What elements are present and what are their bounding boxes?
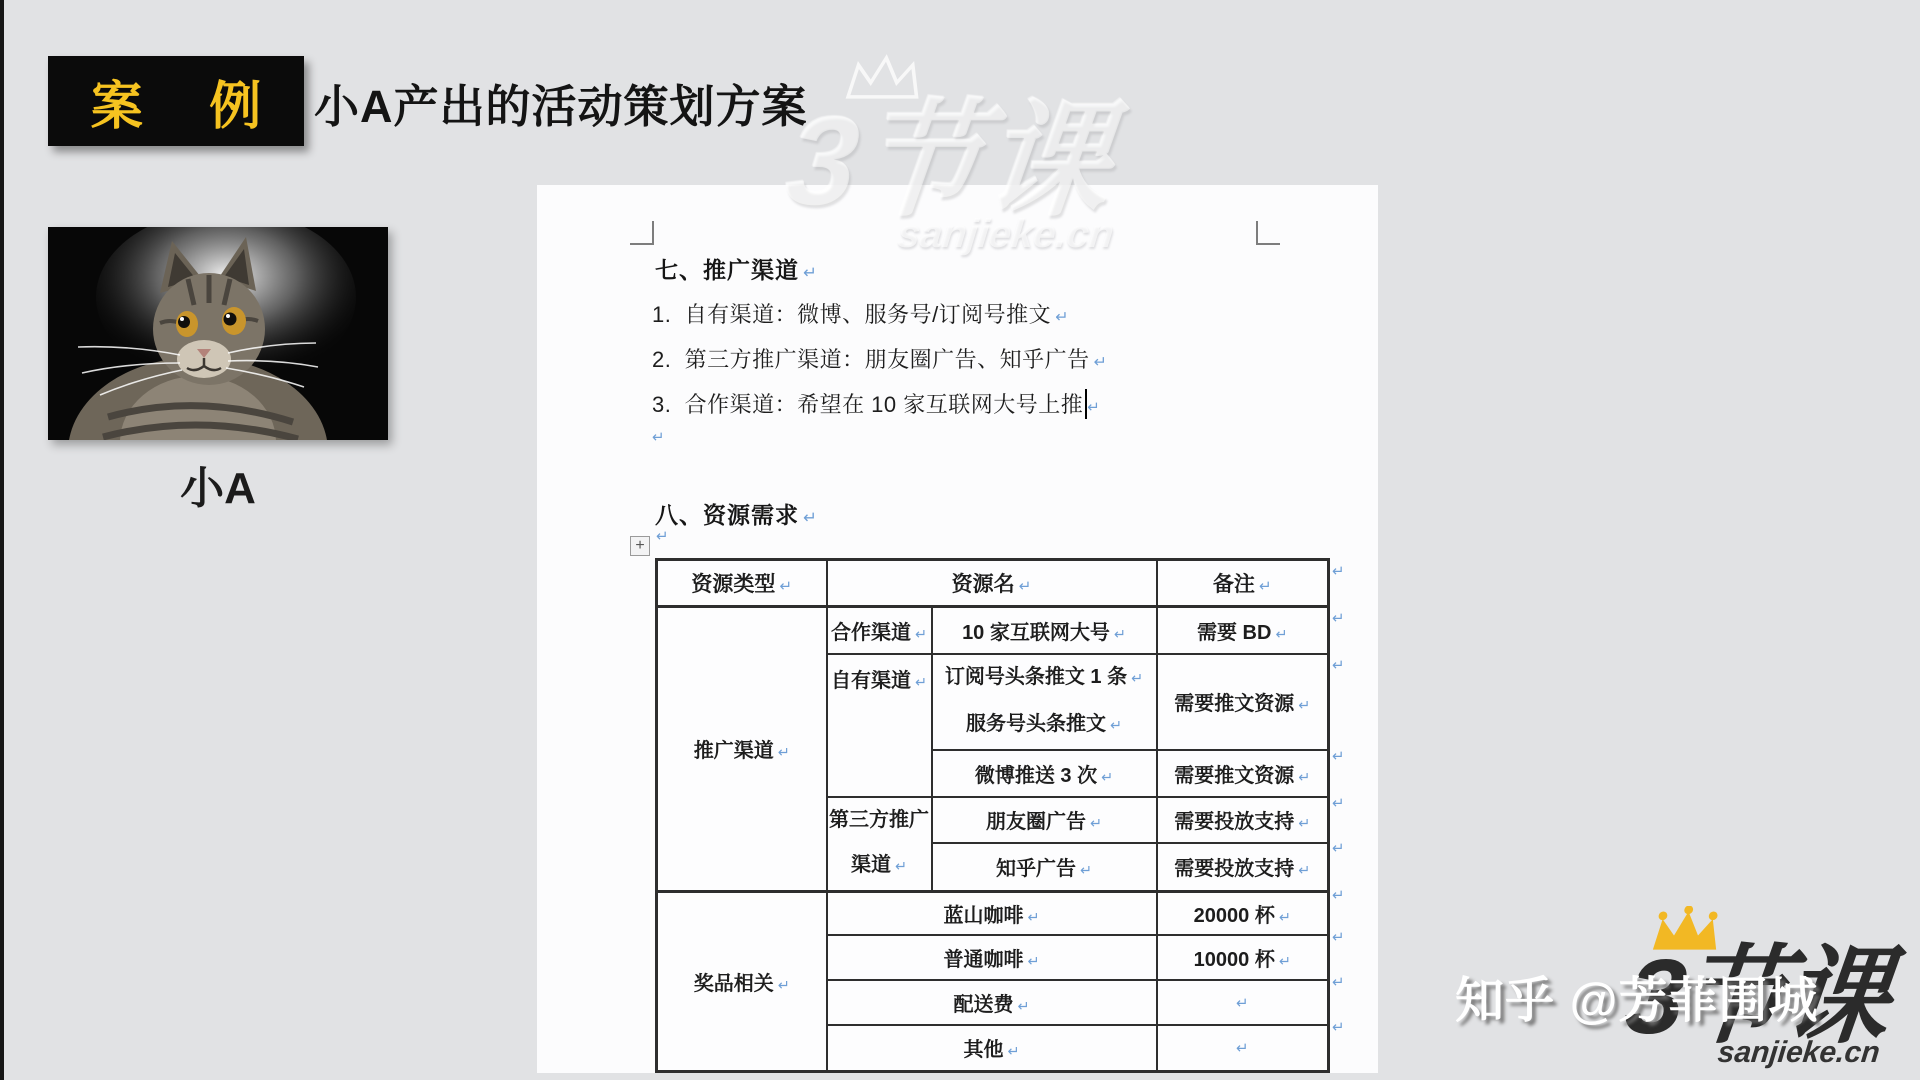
cell-group-prize[interactable]: 奖品相关 bbox=[657, 891, 827, 1071]
empty-paragraph-mark bbox=[652, 428, 665, 446]
doc-heading-promo-channels[interactable]: 七、推广渠道 bbox=[655, 252, 818, 285]
cell-note-delivery-empty[interactable] bbox=[1157, 980, 1329, 1025]
resource-table: 资源类型 资源名 备注 推广渠道 合作渠道 10 家互联网大号 需要 BD 自有… bbox=[655, 558, 1330, 1073]
cell-note-ads-2[interactable]: 需要投放支持 bbox=[1157, 843, 1329, 891]
text-boundary-mark-top-right bbox=[1256, 221, 1280, 245]
case-badge-label: 案 例 bbox=[65, 64, 287, 139]
cell-note-blue-coffee[interactable]: 20000 杯 bbox=[1157, 891, 1329, 935]
cell-subtype-coop[interactable]: 合作渠道 bbox=[827, 607, 932, 654]
doc-list-item-coop[interactable]: 3. 合作渠道：希望在 10 家互联网大号上推 bbox=[652, 388, 1100, 419]
slide-title: 小A产出的活动策划方案 bbox=[314, 70, 808, 135]
case-badge: 案 例 bbox=[48, 56, 304, 146]
cell-name-own-tweets[interactable]: 订阅号头条推文 1 条 服务号头条推文 bbox=[932, 654, 1157, 750]
left-edge-strip bbox=[0, 0, 4, 1080]
cell-name-normal-coffee[interactable]: 普通咖啡 bbox=[827, 935, 1157, 980]
table-row: 推广渠道 合作渠道 10 家互联网大号 需要 BD bbox=[657, 607, 1329, 654]
cat-illustration bbox=[48, 227, 388, 440]
header-resource-type[interactable]: 资源类型 bbox=[657, 560, 827, 607]
zhihu-credit-watermark: 知乎 @芳菲围城 bbox=[1455, 962, 1818, 1032]
cell-note-other-empty[interactable] bbox=[1157, 1025, 1329, 1071]
cell-note-bd[interactable]: 需要 BD bbox=[1157, 607, 1329, 654]
cell-mark bbox=[1236, 991, 1249, 1013]
cell-name-weibo[interactable]: 微博推送 3 次 bbox=[932, 750, 1157, 797]
cell-name-blue-coffee[interactable]: 蓝山咖啡 bbox=[827, 891, 1157, 935]
doc-list-item-coop-text[interactable]: 3. 合作渠道：希望在 10 家互联网大号上推 bbox=[652, 392, 1083, 417]
header-note[interactable]: 备注 bbox=[1157, 560, 1329, 607]
table-header-row: 资源类型 资源名 备注 bbox=[657, 560, 1329, 607]
cell-name-zhihu-ads[interactable]: 知乎广告 bbox=[932, 843, 1157, 891]
cell-name-moments-ads[interactable]: 朋友圈广告 bbox=[932, 797, 1157, 844]
cell-subtype-own[interactable]: 自有渠道 bbox=[827, 654, 932, 797]
crown-icon bbox=[1645, 906, 1728, 954]
table-anchor-paragraph-mark bbox=[656, 527, 669, 545]
doc-list-item-third-party[interactable]: 2. 第三方推广渠道：朋友圈广告、知乎广告 bbox=[652, 343, 1107, 374]
text-boundary-mark-top-left bbox=[630, 221, 654, 245]
cell-group-promo[interactable]: 推广渠道 bbox=[657, 607, 827, 892]
cell-note-tweet-res-2[interactable]: 需要推文资源 bbox=[1157, 750, 1329, 797]
paragraph-mark bbox=[1087, 392, 1100, 417]
cell-note-tweet-res-1[interactable]: 需要推文资源 bbox=[1157, 654, 1329, 750]
cell-note-normal-coffee[interactable]: 10000 杯 bbox=[1157, 935, 1329, 980]
doc-list-item-own-channels[interactable]: 1. 自有渠道：微博、服务号/订阅号推文 bbox=[652, 298, 1069, 329]
cell-mark bbox=[1236, 1036, 1249, 1058]
cell-name-other[interactable]: 其他 bbox=[827, 1025, 1157, 1071]
table-row: 奖品相关 蓝山咖啡 20000 杯 bbox=[657, 891, 1329, 935]
header-resource-name[interactable]: 资源名 bbox=[827, 560, 1157, 607]
slide-canvas: 案 例 小A产出的活动策划方案 bbox=[0, 0, 1920, 1080]
doc-heading-resource-needs[interactable]: 八、资源需求 bbox=[655, 497, 818, 530]
cell-subtype-third-party[interactable]: 第三方推广 渠道 bbox=[827, 797, 932, 892]
crown-icon bbox=[840, 52, 929, 104]
cat-photo bbox=[48, 227, 388, 440]
cell-name-delivery[interactable]: 配送费 bbox=[827, 980, 1157, 1025]
persona-name-label: 小A bbox=[48, 452, 388, 516]
cell-note-ads-1[interactable]: 需要投放支持 bbox=[1157, 797, 1329, 844]
table-move-handle[interactable] bbox=[630, 536, 650, 556]
cell-name-bignames[interactable]: 10 家互联网大号 bbox=[932, 607, 1157, 654]
